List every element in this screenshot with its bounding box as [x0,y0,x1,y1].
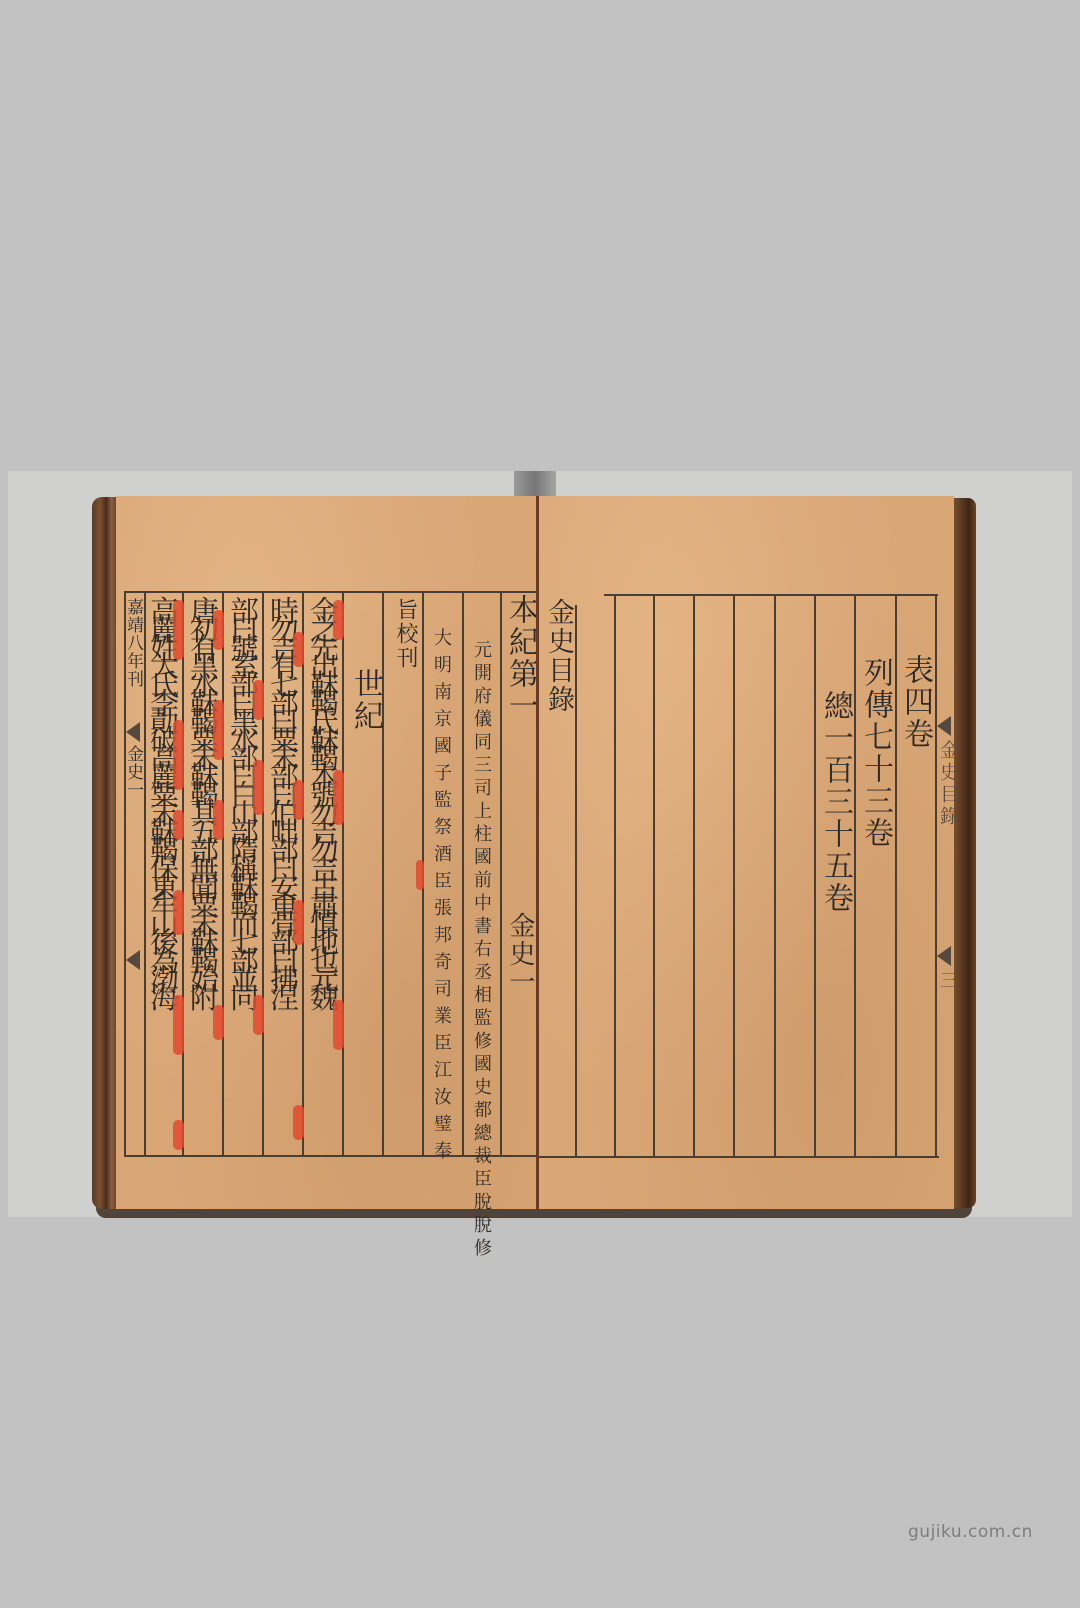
margin-title: 金史一 [122,745,144,799]
edict-line: 旨校刊 [388,598,422,670]
red-annotation [173,995,184,1055]
red-annotation [333,770,344,825]
red-annotation [213,700,224,760]
red-annotation [213,1005,224,1040]
margin-edition: 嘉靖八年刊 [122,598,144,688]
book-edge-left [92,497,118,1209]
column-rule [500,591,502,1157]
column-rule [653,594,655,1156]
red-annotation [333,1000,344,1050]
column-rule [935,594,937,1156]
toc-heading: 金史目錄 [541,598,575,714]
fishtail-mark-upper [937,716,951,736]
red-annotation [173,1120,184,1150]
binding-clip [514,471,556,499]
red-annotation [173,600,184,660]
red-annotation [253,760,264,815]
section-title: 世紀 [348,668,382,732]
fishtail-mark-lower [126,950,140,970]
book-edge-right [952,498,976,1208]
column-rule [854,594,856,1156]
right-bottom-rule [539,1156,939,1158]
fishtail-mark-upper [126,722,140,742]
left-top-rule [124,591,536,593]
red-annotation [333,600,344,640]
column-rule [182,591,184,1157]
column-rule [222,591,224,1157]
column-rule [814,594,816,1156]
column-rule [733,594,735,1156]
red-annotation [213,610,224,650]
red-annotation [173,810,184,840]
editor-line: 大明南京國子監祭酒臣張邦奇司業臣江汝璧奉 [430,628,452,1168]
red-annotation [293,1105,304,1140]
chapter-heading-suffix: 金史一 [503,912,537,996]
column-rule [262,591,264,1157]
column-rule [614,594,616,1156]
fishtail-mark-lower [937,946,951,966]
toc-entry-biographies: 列傳七十三卷 [858,657,892,849]
column-rule [575,605,577,1156]
red-annotation [173,720,184,790]
column-rule [774,594,776,1156]
margin-title: 金史目錄 [937,740,959,828]
red-annotation [213,800,224,840]
red-annotation [253,995,264,1035]
column-rule [302,591,304,1157]
red-annotation [253,680,264,720]
right-page [539,496,954,1209]
red-annotation [416,860,424,890]
column-rule [693,594,695,1156]
chapter-heading: 本紀第一 [503,594,537,722]
red-annotation [293,632,304,667]
column-rule [342,591,344,1157]
column-rule [895,594,897,1156]
toc-entry-total: 總一百三十五卷 [818,690,852,914]
column-rule [462,591,464,1157]
watermark: gujiku.com.cn [908,1522,1033,1542]
margin-page-number: 三 [937,970,959,994]
red-annotation [293,780,304,820]
red-annotation [293,900,304,945]
red-annotation [173,890,184,935]
compiler-line: 元開府儀同三司上柱國前中書右丞相監修國史都總裁臣脫脫修 [470,640,492,1261]
toc-entry-tables: 表四卷 [898,654,932,750]
body-column: 唐初有黑水靺鞨粟末靺鞨其五部無聞粟末靺鞨始附 [186,596,220,1001]
